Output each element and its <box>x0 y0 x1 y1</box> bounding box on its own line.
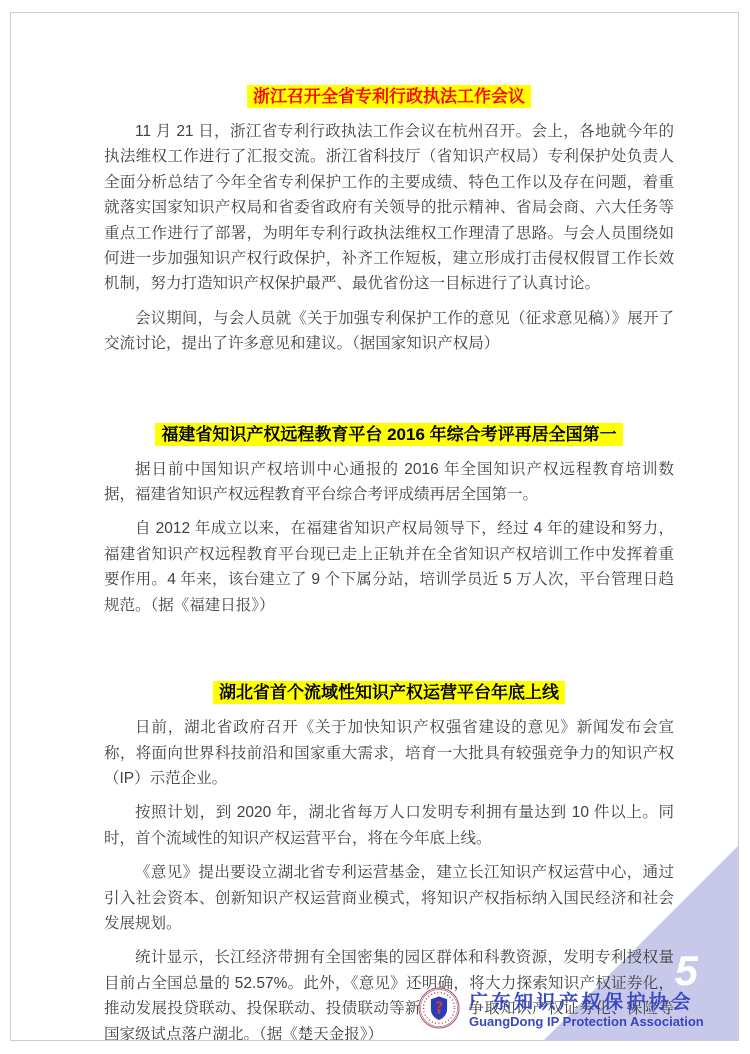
article-paragraph: 据日前中国知识产权培训中心通报的 2016 年全国知识产权远程教育培训数据，福建… <box>104 457 674 508</box>
org-name-en: GuangDong IP Protection Association <box>469 1014 704 1030</box>
page-number: 5 <box>675 950 698 992</box>
association-logo-block: 广东知识产权保护协会 GuangDong IP Protection Assoc… <box>418 987 704 1034</box>
article-title-text: 福建省知识产权远程教育平台 2016 年综合考评再居全国第一 <box>155 423 622 446</box>
association-names: 广东知识产权保护协会 GuangDong IP Protection Assoc… <box>469 992 704 1030</box>
article: 福建省知识产权远程教育平台 2016 年综合考评再居全国第一 据日前中国知识产权… <box>104 423 674 618</box>
article-title: 福建省知识产权远程教育平台 2016 年综合考评再居全国第一 <box>104 423 674 447</box>
article-title-text: 浙江召开全省专利行政执法工作会议 <box>247 85 531 108</box>
article-paragraph: 11 月 21 日，浙江省专利行政执法工作会议在杭州召开。会上，各地就今年的执法… <box>104 119 674 297</box>
document-page: 浙江召开全省专利行政执法工作会议 11 月 21 日，浙江省专利行政执法工作会议… <box>10 12 739 1041</box>
article-title-text: 湖北省首个流域性知识产权运营平台年底上线 <box>213 681 565 704</box>
article-title: 浙江召开全省专利行政执法工作会议 <box>104 85 674 109</box>
article-paragraph: 会议期间，与会人员就《关于加强专利保护工作的意见（征求意见稿）》展开了交流讨论，… <box>104 306 674 357</box>
association-emblem-icon <box>418 987 460 1034</box>
article: 浙江召开全省专利行政执法工作会议 11 月 21 日，浙江省专利行政执法工作会议… <box>104 85 674 357</box>
article-title: 湖北省首个流域性知识产权运营平台年底上线 <box>104 681 674 705</box>
article-paragraph: 日前，湖北省政府召开《关于加快知识产权强省建设的意见》新闻发布会宣称，将面向世界… <box>104 715 674 791</box>
page-content: 浙江召开全省专利行政执法工作会议 11 月 21 日，浙江省专利行政执法工作会议… <box>11 13 738 1041</box>
article-paragraph: 按照计划，到 2020 年，湖北省每万人口发明专利拥有量达到 10 件以上。同时… <box>104 800 674 851</box>
article-paragraph: 《意见》提出要设立湖北省专利运营基金，建立长江知识产权运营中心，通过引入社会资本… <box>104 860 674 936</box>
org-name-cn: 广东知识产权保护协会 <box>469 992 704 1014</box>
article-paragraph: 自 2012 年成立以来，在福建省知识产权局领导下，经过 4 年的建设和努力，福… <box>104 516 674 618</box>
